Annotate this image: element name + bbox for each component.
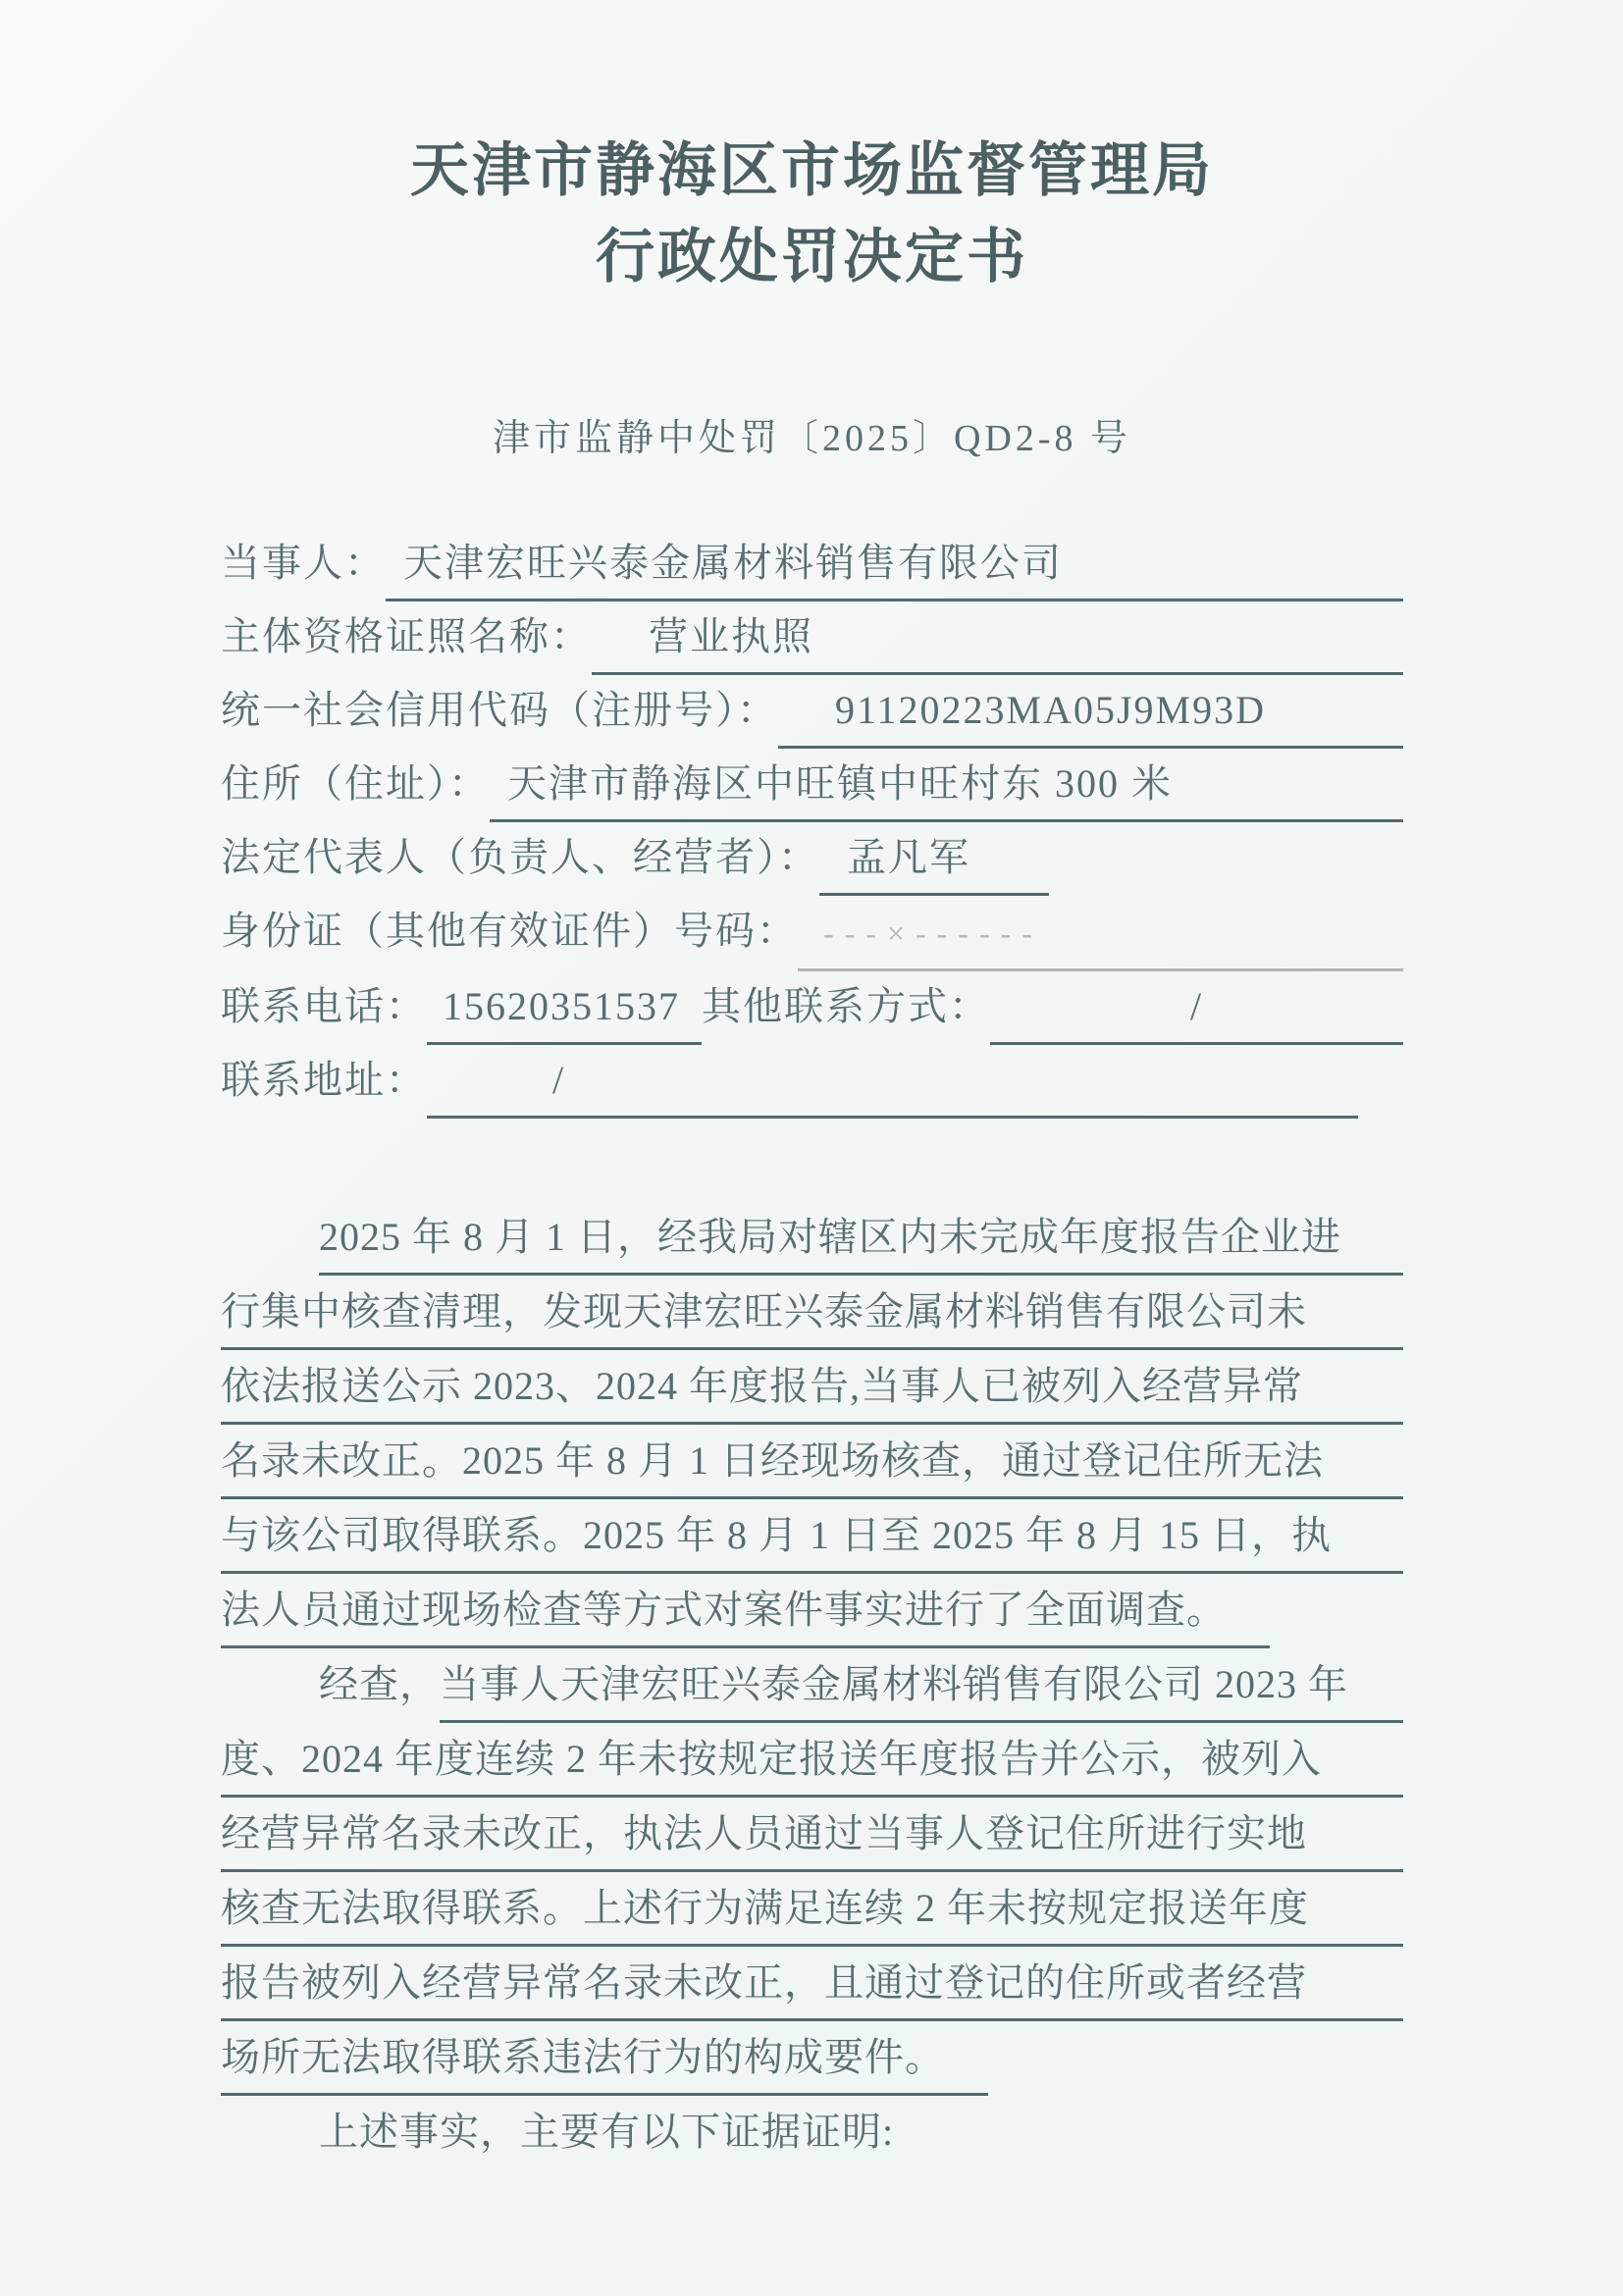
body-line-text: 经营异常名录未改正，执法人员通过当事人登记住所进行实地 [221,1798,1403,1872]
body-line-text: 与该公司取得联系。2025 年 8 月 1 日至 2025 年 8 月 15 日… [221,1499,1403,1574]
body-text-line: 与该公司取得联系。2025 年 8 月 1 日至 2025 年 8 月 15 日… [221,1499,1403,1574]
party-info-fields: 当事人： 天津宏旺兴泰金属材料销售有限公司 主体资格证照名称： 营业执照 统一社… [221,528,1403,1119]
field-license-name: 主体资格证照名称： 营业执照 [221,601,1403,675]
body-text-line: 报告被列入经营异常名录未改正，且通过登记的住所或者经营 [221,1947,1403,2021]
field-contact-address-label: 联系地址： [221,1045,427,1116]
penalty-decision-document-page: 天津市静海区市场监督管理局 行政处罚决定书 津市监静中处罚〔2025〕QD2-8… [0,0,1623,2296]
body-line-text: 上述事实，主要有以下证据证明: [319,2096,894,2167]
field-phone-value: 15620351537 [427,971,702,1045]
body-line-prefix: 经查， [319,1648,440,1720]
body-text-line: 2025 年 8 月 1 日，经我局对辖区内未完成年度报告企业进 [221,1201,1403,1276]
field-license-name-value: 营业执照 [592,601,1403,675]
body-line-text: 度、2024 年度连续 2 年未按规定报送年度报告并公示，被列入 [221,1723,1403,1798]
field-id-number: 身份证（其他有效证件）号码： ---×------ [221,896,1403,971]
body-text-line: 核查无法取得联系。上述行为满足连续 2 年未按规定报送年度 [221,1872,1403,1947]
field-address-value: 天津市静海区中旺镇中旺村东 300 米 [490,749,1403,822]
body-line-text: 报告被列入经营异常名录未改正，且通过登记的住所或者经营 [221,1947,1403,2021]
body-text-line: 依法报送公示 2023、2024 年度报告,当事人已被列入经营异常 [221,1350,1403,1425]
field-legal-rep-label: 法定代表人（负责人、经营者）： [221,822,819,893]
field-credit-code-value: 91120223MA05J9M93D [778,675,1403,749]
field-party: 当事人： 天津宏旺兴泰金属材料销售有限公司 [221,528,1403,601]
body-line-text: 核查无法取得联系。上述行为满足连续 2 年未按规定报送年度 [221,1872,1403,1947]
body-line-text: 名录未改正。2025 年 8 月 1 日经现场核查，通过登记住所无法 [221,1425,1403,1499]
field-license-name-label: 主体资格证照名称： [221,601,592,672]
body-text-line: 名录未改正。2025 年 8 月 1 日经现场核查，通过登记住所无法 [221,1425,1403,1499]
body-line-text: 2025 年 8 月 1 日，经我局对辖区内未完成年度报告企业进 [319,1201,1403,1276]
field-legal-rep-value: 孟凡军 [819,822,1049,896]
decision-body-text: 2025 年 8 月 1 日，经我局对辖区内未完成年度报告企业进 行集中核查清理… [221,1201,1403,2167]
document-number: 津市监静中处罚〔2025〕QD2-8 号 [221,414,1403,463]
field-credit-code: 统一社会信用代码（注册号）： 91120223MA05J9M93D [221,675,1403,749]
body-line-text: 行集中核查清理，发现天津宏旺兴泰金属材料销售有限公司未 [221,1276,1403,1350]
body-line-text: 场所无法取得联系违法行为的构成要件。 [221,2021,988,2096]
body-text-line: 度、2024 年度连续 2 年未按规定报送年度报告并公示，被列入 [221,1723,1403,1798]
field-id-number-label: 身份证（其他有效证件）号码： [221,896,798,966]
field-address-label: 住所（住址）： [221,749,490,819]
document-title-line-1: 天津市静海区市场监督管理局 [221,128,1403,214]
body-text-line: 经查， 当事人天津宏旺兴泰金属材料销售有限公司 2023 年 [221,1648,1403,1723]
field-id-number-redacted-value: ---×------ [798,898,1403,971]
field-address: 住所（住址）： 天津市静海区中旺镇中旺村东 300 米 [221,749,1403,822]
field-other-contact-label: 其他联系方式： [702,971,990,1042]
body-text-line: 场所无法取得联系违法行为的构成要件。 [221,2021,1403,2096]
document-title-line-2: 行政处罚决定书 [221,214,1403,300]
field-party-label: 当事人： [221,528,386,599]
body-line-text: 法人员通过现场检查等方式对案件事实进行了全面调查。 [221,1574,1270,1648]
field-contact-address-value: / [427,1045,1358,1119]
body-text-line: 上述事实，主要有以下证据证明: [221,2096,1403,2167]
field-party-value: 天津宏旺兴泰金属材料销售有限公司 [386,528,1403,601]
field-phone-label: 联系电话： [221,971,427,1042]
body-line-text: 依法报送公示 2023、2024 年度报告,当事人已被列入经营异常 [221,1350,1403,1425]
body-text-line: 经营异常名录未改正，执法人员通过当事人登记住所进行实地 [221,1798,1403,1872]
field-contact-address: 联系地址： / [221,1045,1403,1119]
body-text-line: 行集中核查清理，发现天津宏旺兴泰金属材料销售有限公司未 [221,1276,1403,1350]
field-other-contact-value: / [990,971,1403,1045]
document-title: 天津市静海区市场监督管理局 行政处罚决定书 [221,128,1403,300]
field-legal-rep: 法定代表人（负责人、经营者）： 孟凡军 [221,822,1403,896]
field-credit-code-label: 统一社会信用代码（注册号）： [221,675,778,746]
field-phone: 联系电话： 15620351537 其他联系方式： / [221,971,1403,1045]
body-line-text: 当事人天津宏旺兴泰金属材料销售有限公司 2023 年 [440,1648,1403,1723]
body-text-line: 法人员通过现场检查等方式对案件事实进行了全面调查。 [221,1574,1403,1648]
